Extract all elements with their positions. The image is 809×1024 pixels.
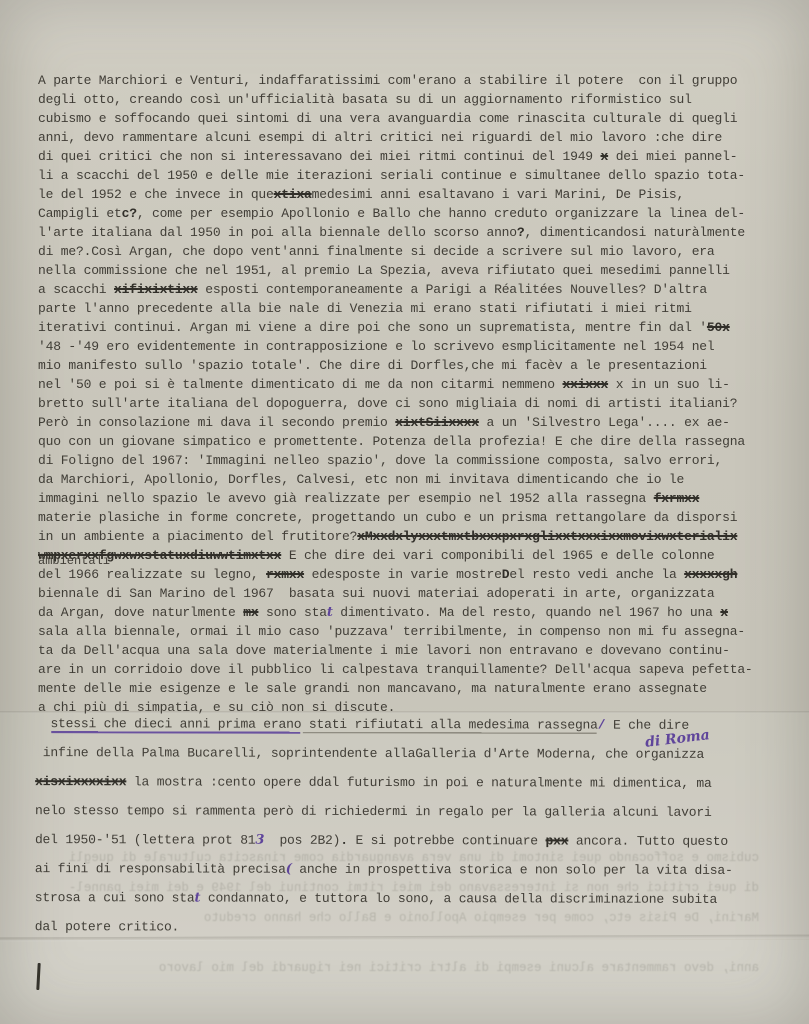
text-segment-marked: x [601,149,609,164]
text-segment: mente delle mie esigenze e le sale grand… [38,681,707,696]
text-segment: infine della Palma Bucarelli, soprintend… [35,745,704,762]
text-line: xisxixxxxixx la mostra :cento opere ddal… [35,767,733,798]
text-line: cubismo e soffocando quei sintomi di una… [38,109,753,128]
paper-bottom-piece [0,940,809,1024]
text-line: biennale di San Marino del 1967 basata s… [38,584,753,603]
text-line: in un ambiente a piacimento del frutitor… [38,527,753,546]
text-segment: di me?.Così Argan, che dopo vent'anni fi… [38,244,715,259]
text-line: bretto sull'arte italiana del dopoguerra… [38,394,753,413]
text-line: sala alla biennale, ormai il mio caso 'p… [38,622,753,641]
text-line: materie plasiche in forme concrete, prog… [38,508,753,527]
text-segment: '48 -'49 ero evidentemente in contrappos… [38,339,715,354]
text-segment [35,716,50,731]
text-segment: esposti contemporaneamente a Parigi a Ré… [198,282,707,297]
text-segment: dal potere critico. [35,919,179,934]
text-segment-marked: rxmxx [266,567,304,582]
pasted-strip-block: stessi che dieci anni prima erano stati … [35,709,733,943]
text-segment: iterativi continui. Argan mi viene a dir… [38,320,707,335]
text-segment: are in un corridoio dove il pubblico li … [38,662,753,677]
text-segment: dei miei pannel- [608,149,737,164]
text-segment: cubismo e soffocando quei sintomi di una… [38,111,737,126]
text-segment: mio manifesto sullo 'spazio totale'. Che… [38,358,707,373]
text-line: nel '50 e poi si è talmente dimenticato … [38,375,753,394]
text-line: stessi che dieci anni prima erano stati … [35,709,733,740]
text-segment-marked: stessi che dieci anni prima erano [50,716,301,732]
text-segment-marked: 3 [255,833,264,848]
text-line: mente delle mie esigenze e le sale grand… [38,679,753,698]
text-segment: del 1950-'51 (lettera prot 81 [35,832,255,848]
text-line: ta da Dell'acqua una sala dove materialm… [38,641,753,660]
text-line: iterativi continui. Argan mi viene a dir… [38,318,753,337]
text-line: del 1966 realizzate su legno, rxmxx edes… [38,565,753,584]
text-line: a scacchi xifixixtixx esposti contempora… [38,280,753,299]
text-segment: medesimi anni esaltavano i vari Marini, … [312,187,684,202]
text-line: l'arte italiana dal 1950 in poi alla bie… [38,223,753,242]
text-segment: bretto sull'arte italiana del dopoguerra… [38,396,737,411]
text-line: le del 1952 e che invece in quextixamede… [38,185,753,204]
text-line: strosa a cui sono stat condannato, e tut… [35,883,733,914]
text-line: ai fini di responsabilità precisa( anche… [35,854,733,885]
text-segment-marked: xxixxx [563,377,609,392]
text-line: are in un corridoio dove il pubblico li … [38,660,753,679]
text-segment: biennale di San Marino del 1967 basata s… [38,586,715,601]
text-line: di Foligno del 1967: 'Immagini nelleo sp… [38,451,753,470]
text-segment: , dimenticandosi naturàlmente [525,225,745,240]
text-segment-marked: mx [243,605,258,620]
main-text-block: A parte Marchiori e Venturi, indaffarati… [38,71,753,717]
text-segment-marked: c? [122,206,137,221]
text-segment: Campigli et [38,206,122,221]
text-segment: a scacchi [38,282,114,297]
text-line: wmpxerxxfgwxwxstatuxdiuwwtimxtxx E che d… [38,546,753,565]
text-line: del 1950-'51 (lettera prot 813 pos 2B2).… [35,825,733,856]
text-segment: immagini nello spazio le avevo già reali… [38,491,654,506]
text-segment-marked: xtixa [274,187,312,202]
text-line: infine della Palma Bucarelli, soprintend… [35,738,733,769]
text-segment-marked: x [720,605,728,620]
text-segment: condannato, e tuttora lo sono, a causa d… [200,891,717,907]
text-segment-marked: / [598,718,606,733]
text-segment-marked: . [340,833,348,848]
text-segment: pos 2B2) [264,833,340,848]
text-segment: E che dire dei vari componibili del 1965… [281,548,714,563]
text-segment: dimentivato. Ma del resto, quando nel 19… [333,605,721,620]
scanned-typewritten-page: cubismo e soffocando quei sintomi di una… [0,0,809,1024]
text-segment: l'arte italiana dal 1950 in poi alla bie… [38,225,517,240]
text-segment-marked: xMxxdxlyxxxtmxtbxxxpxrxglixxtxxxixxmovix… [357,529,737,544]
text-line: li a scacchi del 1950 e delle mie iteraz… [38,166,753,185]
text-line: di quei critici che non si interessavano… [38,147,753,166]
text-segment: materie plasiche in forme concrete, prog… [38,510,737,525]
text-segment: da Argan, dove naturlmente [38,605,243,620]
text-line: immagini nello spazio le avevo già reali… [38,489,753,508]
text-line: anni, devo rammentare alcuni esempi di a… [38,128,753,147]
text-line: parte l'anno precedente alla bie nale di… [38,299,753,318]
text-segment: la mostra :cento opere ddal futurismo in… [126,774,711,791]
text-line: da Marchiori, Apollonio, Dorfles, Calves… [38,470,753,489]
text-segment: in un ambiente a piacimento del frutitor… [38,529,357,544]
text-line: degli otto, creando così un'ufficialità … [38,90,753,109]
text-segment: del 1966 realizzate su legno, [38,567,266,582]
text-line: Però in consolazione mi dava il secondo … [38,413,753,432]
text-segment-marked: xixtSiixxxx [395,415,479,430]
text-segment: nella commissione che nel 1951, al premi… [38,263,730,278]
text-segment: a un 'Silvestro Lega'.... ex ae- [479,415,730,430]
text-segment: li a scacchi del 1950 e delle mie iteraz… [38,168,745,183]
text-segment-marked: pxx [546,833,569,848]
text-segment: A parte Marchiori e Venturi, indaffarati… [38,73,737,88]
text-segment-marked: fxrmxx [654,491,700,506]
text-line: A parte Marchiori e Venturi, indaffarati… [38,71,753,90]
text-segment: ancora. Tutto questo [568,833,728,848]
text-segment: , come per esempio Apollonio e Ballo che… [137,206,745,221]
text-segment-marked: xisxixxxxixx [35,774,126,789]
text-line: quo con un giovane simpatico e prometten… [38,432,753,451]
text-line: Campigli etc?, come per esempio Apolloni… [38,204,753,223]
text-segment: anche in prospettiva storica e non solo … [292,862,733,878]
text-segment-marked: 50x [707,320,730,335]
text-segment: di quei critici che non si interessavano… [38,149,601,164]
text-segment-marked: ? [517,225,525,240]
text-segment: nelo stesso tempo si rammenta però di ri… [35,803,712,820]
text-segment: anni, devo rammentare alcuni esempi di a… [38,130,722,145]
text-line: da Argan, dove naturlmente mx sono stat … [38,603,753,622]
text-line: mio manifesto sullo 'spazio totale'. Che… [38,356,753,375]
text-segment: parte l'anno precedente alla bie nale di… [38,301,692,316]
text-segment-marked: xifixixtixx [114,282,198,297]
text-segment: x in un suo li- [608,377,730,392]
text-segment: ai fini di responsabilità precisa [35,861,286,877]
text-segment: nel '50 e poi si è talmente dimenticato … [38,377,563,392]
text-segment: sono sta [258,605,326,620]
text-segment: le del 1952 e che invece in que [38,187,274,202]
text-segment: E si potrebbe continuare [348,833,546,849]
text-line: '48 -'49 ero evidentemente in contrappos… [38,337,753,356]
text-line: dal potere critico. [35,912,733,943]
text-segment: ta da Dell'acqua una sala dove materialm… [38,643,730,658]
text-segment: di Foligno del 1967: 'Immagini nelleo sp… [38,453,722,468]
text-line: nella commissione che nel 1951, al premi… [38,261,753,280]
text-segment: el resto vedi anche la [509,567,684,582]
text-segment: da Marchiori, Apollonio, Dorfles, Calves… [38,472,684,487]
text-line: di me?.Così Argan, che dopo vent'anni fi… [38,242,753,261]
text-segment: quo con un giovane simpatico e prometten… [38,434,745,449]
text-line: nelo stesso tempo si rammenta però di ri… [35,796,733,827]
text-segment: sala alla biennale, ormai il mio caso 'p… [38,624,745,639]
text-segment: strosa a cui sono sta [35,890,195,905]
interline-insertion-ambientali: ambientali [38,555,110,567]
text-segment: degli otto, creando così un'ufficialità … [38,92,692,107]
text-segment-marked: xxxxxgh [684,567,737,582]
text-segment-marked: stati rifiutati alla medesima rassegna [301,717,597,733]
text-segment: Però in consolazione mi dava il secondo … [38,415,395,430]
text-segment: edesposte in varie mostre [304,567,502,582]
